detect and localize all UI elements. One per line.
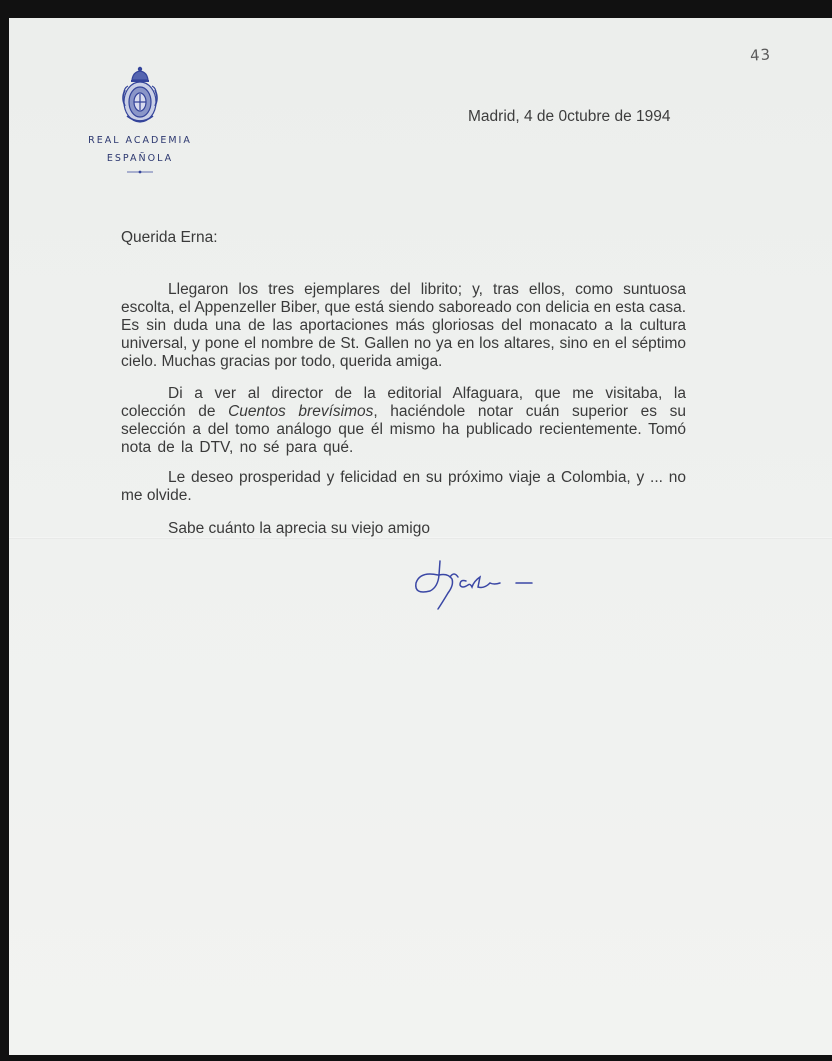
greeting: Querida Erna: [121, 229, 686, 247]
org-name-line2: ESPAÑOLA [80, 150, 200, 168]
paragraph-1: Llegaron los tres ejemplares del librito… [121, 281, 686, 371]
letterhead: REAL ACADEMIA ESPAÑOLA [80, 66, 200, 174]
royal-crest-icon [119, 66, 161, 128]
paragraph-3: Le deseo prosperidad y felicidad en su p… [121, 469, 686, 505]
paragraph-2: Di a ver al director de la editorial Alf… [121, 385, 686, 457]
org-name-line1: REAL ACADEMIA [80, 132, 200, 150]
handwritten-signature-icon [408, 553, 548, 613]
book-title: Cuentos brevísimos [228, 403, 373, 420]
closing-line: Sabe cuánto la aprecia su viejo amigo [121, 520, 686, 538]
letter-date: Madrid, 4 de 0ctubre de 1994 [468, 108, 671, 126]
ornament-divider-icon [127, 170, 153, 174]
archive-page-number: 43 [749, 45, 771, 64]
